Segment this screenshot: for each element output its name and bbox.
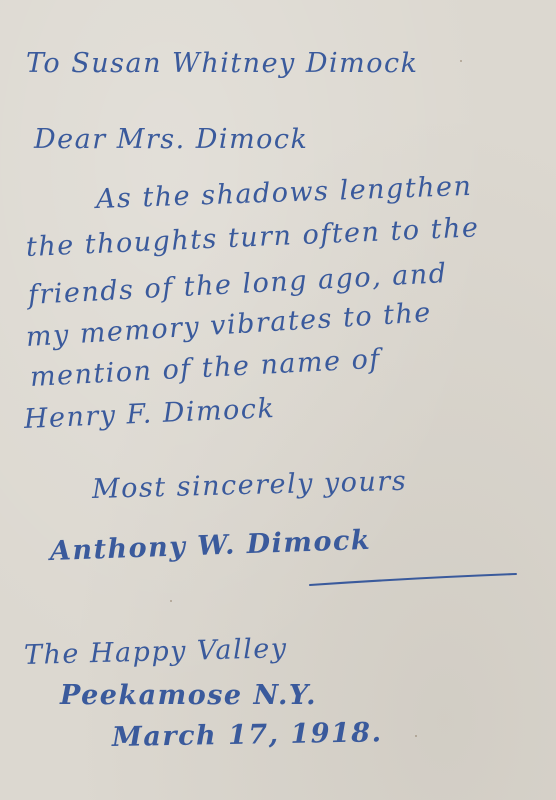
letter-place-line-1: The Happy Valley: [24, 633, 288, 671]
handwritten-letter: To Susan Whitney Dimock Dear Mrs. Dimock…: [0, 0, 556, 800]
paper-speck: [415, 735, 417, 737]
letter-greeting: Dear Mrs. Dimock: [34, 124, 308, 155]
letter-body-line-1: As the shadows lengthen: [95, 171, 472, 215]
letter-addressee: To Susan Whitney Dimock: [26, 48, 419, 79]
paper-speck: [170, 600, 172, 602]
letter-body-line-6: Henry F. Dimock: [23, 393, 276, 435]
signature-flourish-icon: [308, 573, 518, 587]
letter-signature: Anthony W. Dimock: [49, 525, 371, 567]
letter-closing: Most sincerely yours: [92, 466, 408, 505]
letter-place-line-2: Peekamose N.Y.: [60, 680, 317, 711]
letter-body-line-5: mention of the name of: [29, 344, 381, 393]
letter-body-line-2: the thoughts turn often to the: [25, 212, 480, 263]
paper-speck: [460, 60, 462, 62]
letter-date: March 17, 1918.: [112, 717, 383, 753]
